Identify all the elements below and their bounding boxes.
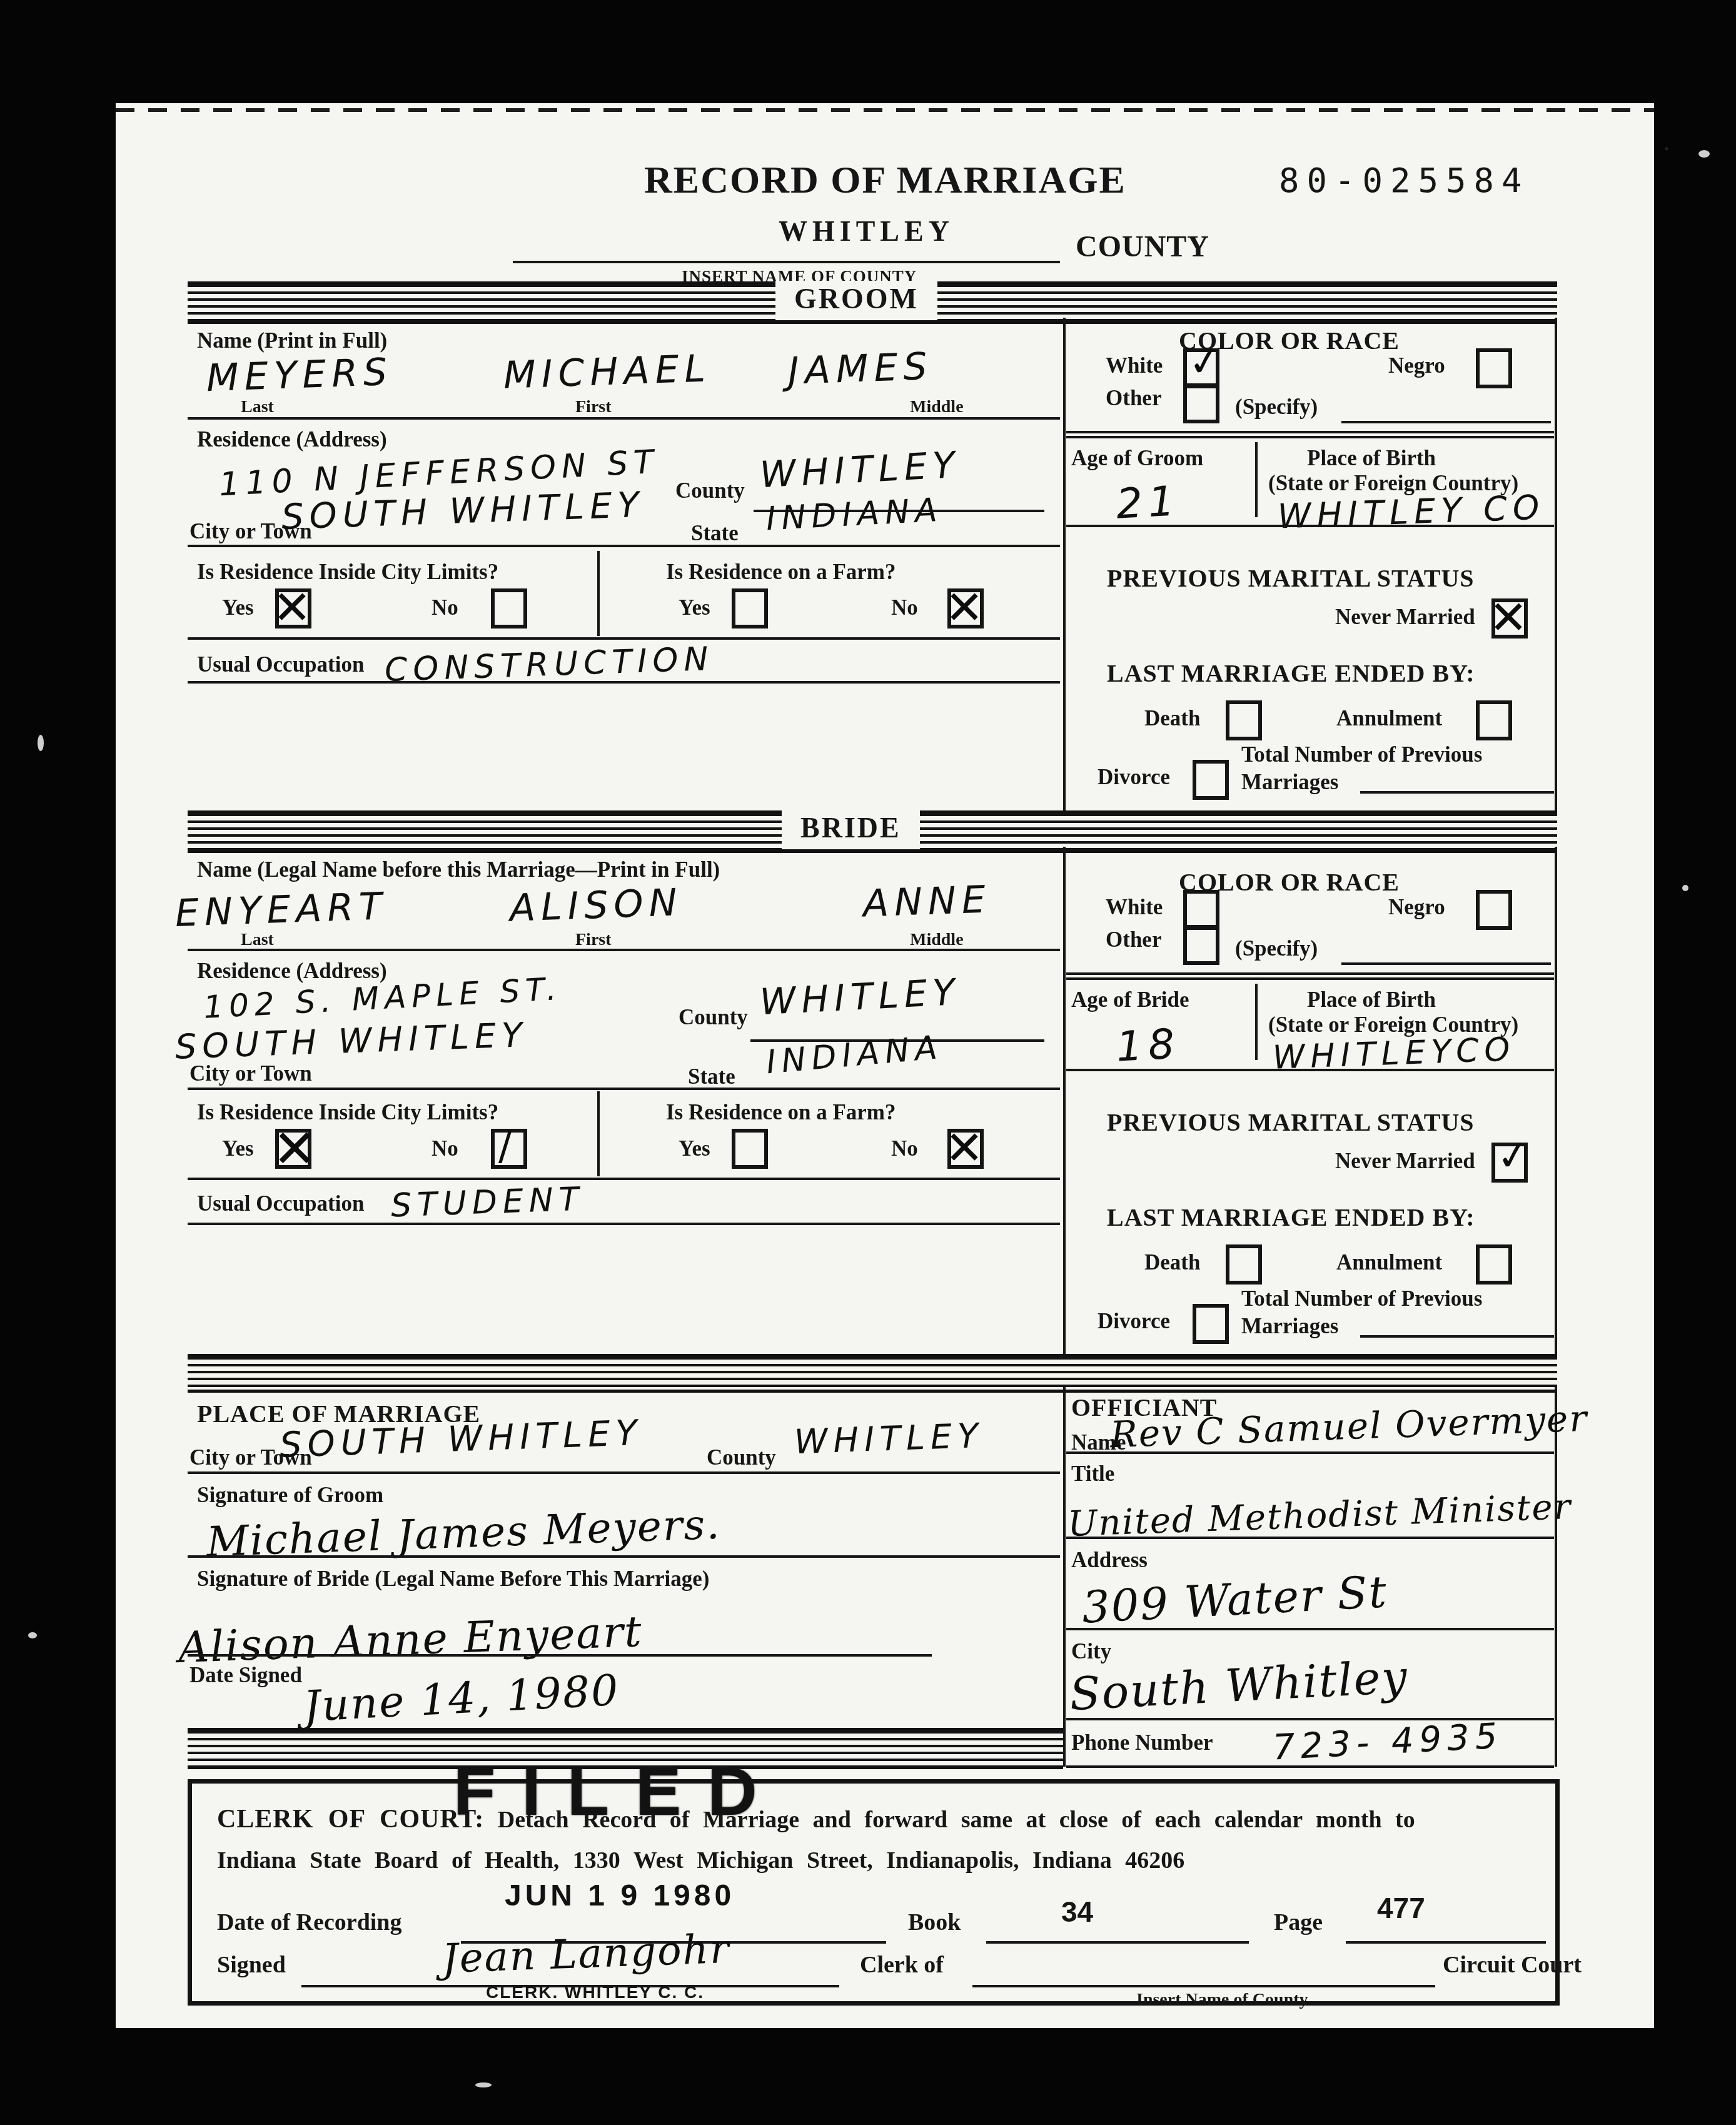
first-sublabel: First — [575, 397, 612, 417]
bride-annulment-checkbox — [1476, 1244, 1512, 1285]
officiant-name-rule — [1066, 1451, 1554, 1454]
groom-annulment-checkbox — [1476, 700, 1512, 740]
bride-race-double-rule — [1066, 972, 1554, 975]
bride-questions-rule — [188, 1178, 1060, 1180]
date-signed-value: June 14, 1980 — [302, 1666, 620, 1732]
clerk-instruction-line-1: CLERK OF COURT: Detach Record of Marriag… — [217, 1806, 1537, 1832]
book-label: Book — [908, 1909, 961, 1936]
bride-city-limits-question: Is Residence Inside City Limits? — [197, 1100, 498, 1125]
page-label: Page — [1274, 1909, 1323, 1936]
pom-county-value: WHITLEY — [794, 1416, 984, 1462]
clerk-of-court-label: CLERK OF COURT: — [217, 1805, 484, 1834]
bride-occupation-rule — [188, 1223, 1060, 1225]
bride-city-yes-mark: ✕ — [273, 1123, 316, 1175]
groom-name-rule — [188, 417, 1060, 420]
clerk-of-court-box: CLERK OF COURT: Detach Record of Marriag… — [188, 1779, 1560, 2006]
bride-lmeb-header: LAST MARRIAGE ENDED BY: — [1107, 1203, 1475, 1232]
bride-city-no-mark: ∕ — [498, 1126, 512, 1166]
scan-speck — [1682, 885, 1688, 891]
bride-pob-label: Place of Birth — [1307, 987, 1436, 1012]
groom-residence-label: Residence (Address) — [197, 427, 387, 452]
pom-city-rule — [188, 1471, 1060, 1474]
groom-farm-yes-checkbox — [732, 588, 768, 628]
groom-divorce-checkbox — [1193, 760, 1229, 800]
page-underline — [1346, 1941, 1546, 1944]
bride-banner-label: BRIDE — [782, 810, 920, 849]
officiant-city-value: South Whitley — [1068, 1650, 1410, 1720]
groom-never-married-label: Never Married — [1335, 605, 1475, 630]
bride-death-checkbox — [1226, 1244, 1262, 1285]
bride-other-checkbox — [1183, 925, 1219, 965]
groom-negro-checkbox — [1476, 348, 1512, 388]
bride-last-name-value: ENYEART — [174, 884, 388, 936]
officiant-address-value: 309 Water St — [1081, 1566, 1388, 1633]
clerk-of-underline — [972, 1985, 1435, 1987]
groom-last-name-value: MEYERS — [206, 350, 393, 400]
groom-lmeb-header: LAST MARRIAGE ENDED BY: — [1107, 659, 1475, 688]
groom-age-divider — [1255, 442, 1258, 517]
groom-other-label: Other — [1106, 386, 1161, 411]
scan-speck — [38, 735, 44, 751]
middle-sublabel: Middle — [910, 397, 964, 417]
groom-specify-underline — [1341, 421, 1551, 423]
bride-white-label: White — [1106, 895, 1163, 920]
bride-middle-name-value: ANNE — [862, 877, 992, 926]
groom-other-checkbox — [1183, 383, 1219, 423]
bride-other-label: Other — [1106, 927, 1161, 952]
bride-negro-label: Negro — [1388, 895, 1445, 920]
bride-residence-label: Residence (Address) — [197, 959, 387, 984]
clerk-signature-value: Jean Langohr — [442, 1926, 731, 1982]
bride-age-rule — [1066, 1069, 1554, 1071]
bride-farm-question: Is Residence on a Farm? — [666, 1100, 896, 1125]
bride-banner-band: BRIDE — [188, 810, 1557, 853]
groom-age-value: 21 — [1115, 477, 1181, 528]
pom-county-label: County — [707, 1445, 776, 1470]
last-sublabel: Last — [241, 397, 274, 417]
bride-white-checkbox — [1183, 890, 1219, 930]
bride-farm-no-checkbox: ✕ — [947, 1129, 984, 1169]
officiant-address-rule — [1066, 1628, 1554, 1630]
clerk-instruction-line-2: Indiana State Board of Health, 1330 West… — [217, 1849, 1537, 1872]
groom-never-married-checkbox: ✕ — [1491, 598, 1528, 639]
groom-county-label: County — [675, 478, 745, 503]
groom-banner-label: GROOM — [775, 281, 937, 320]
groom-city-yes-checkbox: ✕ — [275, 588, 311, 628]
bride-farm-yes-label: Yes — [679, 1136, 710, 1161]
groom-banner-band: GROOM — [188, 281, 1557, 324]
groom-white-checkbox: ✓ — [1183, 348, 1219, 388]
groom-total-prev-underline — [1360, 791, 1554, 794]
groom-pms-header: PREVIOUS MARITAL STATUS — [1107, 563, 1475, 593]
groom-race-double-rule — [1066, 431, 1554, 433]
filed-stamp: FILED — [453, 1752, 784, 1831]
officiant-city-label: City — [1071, 1639, 1111, 1664]
groom-total-prev-label-1: Total Number of Previous — [1241, 742, 1482, 767]
groom-city-no-label: No — [431, 595, 458, 620]
bride-city-yes-label: Yes — [222, 1136, 254, 1161]
groom-name-label: Name (Print in Full) — [197, 328, 387, 353]
county-underline — [513, 261, 1060, 263]
groom-farm-question: Is Residence on a Farm? — [666, 560, 896, 585]
groom-divorce-label: Divorce — [1098, 765, 1170, 790]
bride-divorce-checkbox — [1193, 1304, 1229, 1344]
bride-county-label: County — [679, 1005, 748, 1030]
bride-name-label: Name (Legal Name before this Marriage—Pr… — [197, 857, 720, 882]
bride-total-prev-underline — [1360, 1335, 1554, 1338]
groom-never-married-mark: ✕ — [1489, 595, 1528, 641]
bride-pms-header: PREVIOUS MARITAL STATUS — [1107, 1108, 1475, 1137]
groom-signature-label: Signature of Groom — [197, 1483, 383, 1508]
clerk-signature-subtitle: CLERK. WHITLEY C. C. — [486, 1982, 704, 2002]
bride-occupation-value: STUDENT — [390, 1181, 585, 1225]
groom-annulment-label: Annulment — [1336, 706, 1442, 731]
third-column-divider — [1063, 1386, 1066, 1767]
bride-farm-yes-checkbox — [732, 1129, 768, 1169]
groom-birthplace-value: WHITLEY CO — [1277, 488, 1545, 537]
bride-first-sublabel: First — [575, 930, 612, 950]
groom-negro-label: Negro — [1388, 353, 1445, 378]
bride-name-rule — [188, 949, 1060, 951]
bride-farm-no-label: No — [891, 1136, 918, 1161]
groom-first-name-value: MICHAEL — [503, 346, 712, 398]
bride-age-label: Age of Bride — [1071, 987, 1189, 1012]
groom-residence-rule — [188, 545, 1060, 547]
groom-specify-label: (Specify) — [1235, 395, 1318, 420]
groom-state-label: State — [691, 521, 739, 546]
groom-death-label: Death — [1144, 706, 1200, 731]
bride-divorce-label: Divorce — [1098, 1309, 1170, 1334]
document-number: 80-025584 — [1279, 161, 1530, 200]
bride-never-married-label: Never Married — [1335, 1149, 1475, 1174]
third-section-band — [188, 1354, 1557, 1393]
page-title: RECORD OF MARRIAGE — [644, 158, 1126, 203]
groom-age-label: Age of Groom — [1071, 446, 1203, 471]
groom-state-value: INDIANA — [765, 492, 944, 538]
groom-middle-name-value: JAMES — [787, 345, 934, 393]
bride-residence-rule — [188, 1088, 1060, 1090]
groom-column-divider — [1063, 318, 1066, 810]
officiant-title-label: Title — [1071, 1461, 1114, 1486]
groom-county-value: WHITLEY — [759, 443, 961, 497]
groom-pob-label: Place of Birth — [1307, 446, 1436, 471]
groom-city-no-checkbox — [491, 588, 527, 628]
groom-occupation-rule — [188, 681, 1060, 684]
scan-background: RECORD OF MARRIAGE 80-025584 WHITLEY COU… — [0, 0, 1736, 2125]
clerk-insert-county-note: Insert Name of County — [1136, 1990, 1308, 2010]
officiant-address-label: Address — [1071, 1548, 1148, 1573]
groom-age-rule — [1066, 525, 1554, 527]
groom-signature-rule — [188, 1555, 1060, 1558]
bride-specify-underline — [1341, 962, 1551, 965]
groom-city-yes-mark: ✕ — [273, 585, 311, 631]
bride-middle-sublabel: Middle — [910, 930, 964, 950]
bride-first-name-value: ALISON — [509, 881, 684, 931]
bride-city-yes-checkbox: ✕ — [275, 1129, 311, 1169]
bride-city-label: City or Town — [189, 1061, 312, 1086]
bride-question-divider — [597, 1091, 600, 1176]
bride-age-value: 18 — [1115, 1019, 1181, 1071]
circuit-court-label: Circuit Court — [1443, 1951, 1582, 1979]
groom-farm-no-label: No — [891, 595, 918, 620]
groom-white-label: White — [1106, 353, 1163, 378]
officiant-phone-label: Phone Number — [1071, 1730, 1213, 1755]
bride-state-value: INDIANA — [765, 1029, 944, 1081]
groom-city-limits-question: Is Residence Inside City Limits? — [197, 560, 498, 585]
county-name-filled: WHITLEY — [779, 215, 954, 248]
bride-annulment-label: Annulment — [1336, 1250, 1442, 1275]
bride-never-married-mark: ✓ — [1494, 1134, 1533, 1179]
officiant-phone-value: 723- 4935 — [1272, 1715, 1504, 1768]
bride-column-divider — [1063, 847, 1066, 1354]
officiant-phone-rule — [1066, 1765, 1554, 1768]
scan-speck — [475, 2082, 492, 2087]
date-of-recording-stamp: JUN 1 9 1980 — [505, 1879, 735, 1913]
marriage-record-page: RECORD OF MARRIAGE 80-025584 WHITLEY COU… — [116, 103, 1654, 2028]
groom-city-yes-label: Yes — [222, 595, 254, 620]
groom-occupation-label: Usual Occupation — [197, 652, 364, 677]
book-underline — [986, 1941, 1249, 1944]
scan-speck — [28, 1632, 37, 1638]
groom-farm-no-mark: ✕ — [945, 585, 984, 631]
bride-signature-rule — [188, 1654, 932, 1657]
bride-city-no-checkbox: ∕ — [491, 1129, 527, 1169]
bride-county-value: WHITLEY — [759, 971, 961, 1024]
bride-never-married-checkbox: ✓ — [1491, 1143, 1528, 1183]
bride-negro-checkbox — [1476, 890, 1512, 930]
bride-state-label: State — [688, 1064, 735, 1089]
groom-death-checkbox — [1226, 700, 1262, 740]
groom-total-prev-label-2: Marriages — [1241, 770, 1338, 795]
groom-right-border — [1555, 318, 1557, 810]
bride-total-prev-label-1: Total Number of Previous — [1241, 1286, 1482, 1311]
bride-last-sublabel: Last — [241, 930, 274, 950]
date-signed-label: Date Signed — [189, 1663, 302, 1688]
bride-age-divider — [1255, 984, 1258, 1060]
bride-farm-no-mark: ✕ — [945, 1125, 984, 1171]
page-value: 477 — [1377, 1891, 1425, 1925]
bride-city-no-label: No — [431, 1136, 458, 1161]
groom-question-divider — [597, 551, 600, 636]
bride-total-prev-label-2: Marriages — [1241, 1314, 1338, 1339]
county-word: COUNTY — [1076, 230, 1209, 264]
groom-questions-rule — [188, 637, 1060, 640]
groom-white-mark: ✓ — [1186, 340, 1224, 385]
third-right-border — [1555, 1386, 1557, 1767]
signed-label: Signed — [217, 1951, 286, 1979]
book-value: 34 — [1061, 1895, 1093, 1929]
bride-occupation-label: Usual Occupation — [197, 1191, 364, 1216]
bride-death-label: Death — [1144, 1250, 1200, 1275]
bride-signature-label: Signature of Bride (Legal Name Before Th… — [197, 1567, 709, 1592]
scan-speck — [1698, 150, 1710, 158]
groom-farm-no-checkbox: ✕ — [947, 588, 984, 628]
date-of-recording-label: Date of Recording — [217, 1909, 401, 1936]
clerk-of-label: Clerk of — [860, 1951, 944, 1979]
page-top-dashed-edge — [116, 108, 1654, 112]
groom-farm-yes-label: Yes — [679, 595, 710, 620]
bride-specify-label: (Specify) — [1235, 936, 1318, 961]
officiant-title-rule — [1066, 1537, 1554, 1539]
bride-right-border — [1555, 847, 1557, 1354]
